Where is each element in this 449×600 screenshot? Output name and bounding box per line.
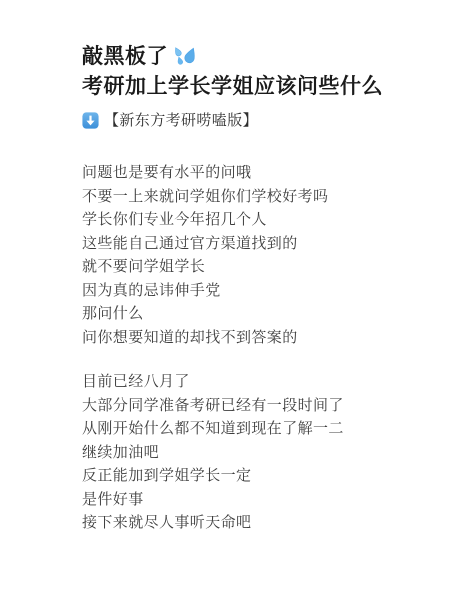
title-text-1: 敲黑板了 [82,45,168,68]
post-header: 敲黑板了 考研加上学长学姐应该问些什么 [82,42,415,131]
text-line: 问题也是要有水平的问哦 [82,161,415,185]
text-line: 问你想要知道的却找不到答案的 [82,326,415,350]
text-line: 这些能自己通过官方渠道找到的 [82,232,415,256]
text-line: 接下来就尽人事听天命吧 [82,511,415,535]
text-line: 大部分同学准备考研已经有一段时间了 [82,394,415,418]
text-line: 目前已经八月了 [82,370,415,394]
post-title: 敲黑板了 考研加上学长学姐应该问些什么 [82,42,415,102]
title-line-1: 敲黑板了 [82,42,415,72]
subtitle-text: 【新东方考研唠嗑版】 [104,110,258,131]
title-line-2: 考研加上学长学姐应该问些什么 [82,72,415,102]
text-line: 就不要问学姐学长 [82,255,415,279]
text-line: 从刚开始什么都不知道到现在了解一二 [82,417,415,441]
text-line: 反正能加到学姐学长一定 [82,464,415,488]
post-subtitle: 【新东方考研唠嗑版】 [82,110,415,131]
text-line: 是件好事 [82,488,415,512]
text-line: 那问什么 [82,302,415,326]
post-body: 问题也是要有水平的问哦不要一上来就问学姐你们学校好考吗学长你们专业今年招几个人这… [82,161,415,535]
text-line: 学长你们专业今年招几个人 [82,208,415,232]
text-line: 继续加油吧 [82,441,415,465]
down-arrow-emoji [82,112,99,129]
text-line: 因为真的忌讳伸手党 [82,279,415,303]
post: 敲黑板了 考研加上学长学姐应该问些什么 [0,0,449,600]
text-line: 不要一上来就问学姐你们学校好考吗 [82,185,415,209]
sweat-droplets-emoji [171,45,198,66]
paragraph: 目前已经八月了大部分同学准备考研已经有一段时间了从刚开始什么都不知道到现在了解一… [82,370,415,535]
paragraph: 问题也是要有水平的问哦不要一上来就问学姐你们学校好考吗学长你们专业今年招几个人这… [82,161,415,349]
